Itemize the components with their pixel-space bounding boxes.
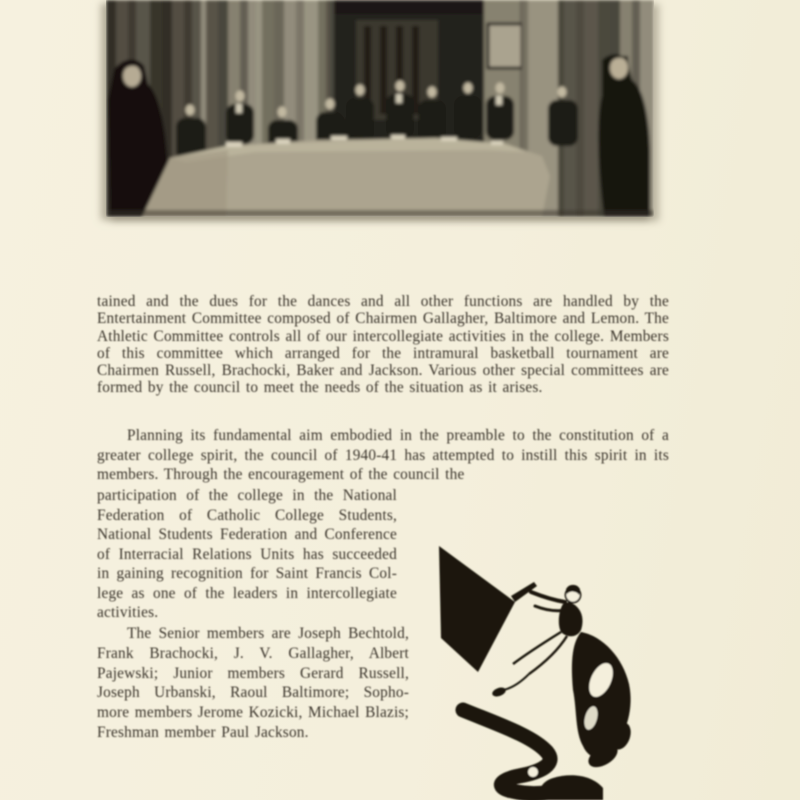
yearbook-page: tained and the dues for the dances and a… bbox=[0, 0, 800, 800]
body-paragraph-3: The Senior members are Joseph Bechtold, … bbox=[97, 624, 409, 743]
photo-image bbox=[106, 0, 654, 217]
body-paragraph-2-lead: Planning its fundamental aim embodied in… bbox=[97, 426, 669, 485]
flag-bearer-illustration bbox=[433, 540, 643, 800]
council-meeting-photo bbox=[106, 0, 654, 217]
body-paragraph-1: tained and the dues for the dances and a… bbox=[97, 293, 669, 397]
cartoon-drawing bbox=[433, 540, 643, 800]
body-paragraph-2-continued: participation of the college in the Nati… bbox=[97, 486, 397, 623]
